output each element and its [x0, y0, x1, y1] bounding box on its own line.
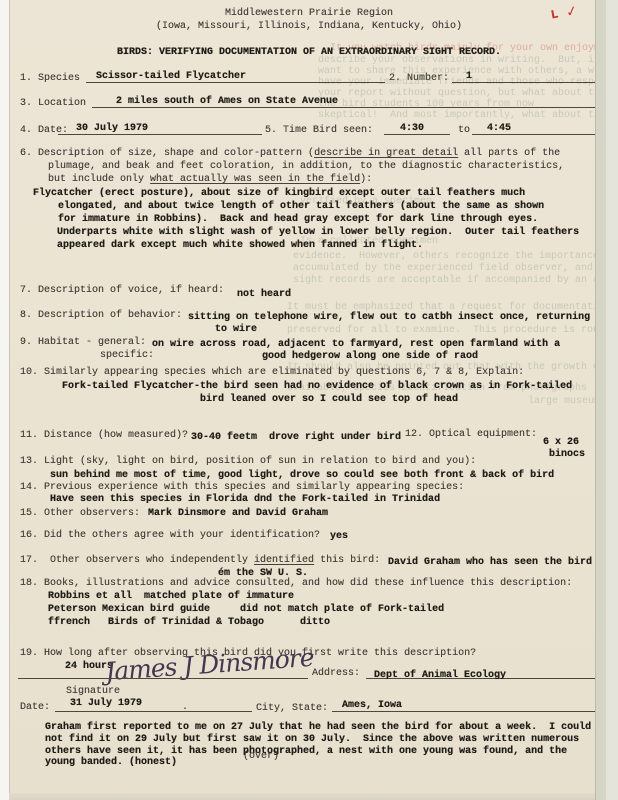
bleedthrough-text: accumulated by the experienced field obs… — [293, 263, 618, 274]
q11-distance-label: 11. Distance (how measured)? — [20, 430, 188, 441]
q4-date-value: 30 July 1979 — [76, 123, 148, 134]
q14-experience-answer: Have seen this species in Florida dnd th… — [50, 494, 440, 505]
q6-answer-line: Flycatcher (erect posture), about size o… — [33, 188, 525, 199]
bleedthrough-text: sight records are acceptable if accompan… — [293, 275, 618, 286]
q6-line3-underlined: what actually was seen in the field — [150, 174, 360, 185]
signature-underline — [18, 678, 308, 679]
q7-voice-answer: not heard — [237, 289, 291, 300]
q2-number-value: 1 — [466, 71, 472, 82]
q17-label-post: this bird: — [314, 555, 380, 566]
q6-answer-line: elongated, and about twice length of oth… — [58, 201, 544, 212]
q16-agree-answer: yes — [330, 531, 348, 542]
q6-label-line1: 6. Description of size, shape and color-… — [20, 148, 560, 159]
q8-behavior-answer2: to wire — [215, 324, 257, 335]
q6-answer-line: appeared dark except much white showed w… — [57, 240, 423, 251]
scan-bottom-edge — [9, 793, 595, 800]
q5-time-to: 4:45 — [487, 123, 511, 134]
q10-answer1: Fork-tailed Flycatcher-the bird seen had… — [62, 381, 572, 392]
q9-habitat-general-label: 9. Habitat - general: — [20, 337, 146, 348]
q1-species-label: 1. Species — [20, 73, 80, 84]
notes-line: not find it on 29 July but first saw it … — [45, 734, 579, 745]
q16-agree-label: 16. Did the others agree with your ident… — [20, 530, 320, 541]
dateline-date-value: 31 July 1979 — [70, 698, 142, 709]
q6-line1-post: all parts of the — [458, 148, 560, 159]
signature-label: Signature — [66, 686, 120, 697]
red-check-mark: ✓ — [564, 3, 579, 21]
q9-habitat-specific-label: specific: — [100, 350, 154, 361]
species-underline — [86, 82, 385, 83]
time-from-underline — [384, 134, 450, 135]
q17-label-pre: 17. Other observers who independently — [20, 555, 254, 566]
q8-behavior-answer1: sitting on telephone wire, flew out to c… — [188, 312, 590, 323]
dateline-date-label: Date: — [20, 702, 50, 713]
q1-species-value: Scissor-tailed Flycatcher — [96, 71, 246, 82]
q12-optical-answer1: 6 x 26 — [543, 437, 579, 448]
q6-line1-underlined: describe in great detail — [314, 148, 458, 159]
dateline-city-label: City, State: — [256, 703, 328, 714]
bleedthrough-text: preserved for all to examine. This proce… — [287, 325, 618, 336]
q9-habitat-specific-answer: good hedgerow along one side of raod — [262, 351, 478, 362]
over-note: (over) — [243, 751, 279, 762]
q15-observers-answer: Mark Dinsmore and David Graham — [148, 508, 328, 519]
bleedthrough-text: evidence. However, others recognize the … — [293, 251, 618, 262]
dateline-city-underline — [332, 711, 597, 712]
q3-location-value: 2 miles south of Ames on State Avenue — [116, 96, 338, 107]
bleedthrough-text: skeptical! And most importantly, what ab… — [318, 110, 618, 121]
address-label: Address: — [312, 668, 360, 679]
q17-label-underlined: identified — [254, 555, 314, 566]
location-underline — [92, 107, 597, 108]
q10-answer2: bird leaned over so I could see top of h… — [200, 394, 458, 405]
q11-distance-answer: 30-40 feetm drove right under bird — [191, 432, 401, 443]
notes-line: others have seen it, it has been photogr… — [45, 746, 567, 757]
scanned-form-page: It you watch birds mainly for your own e… — [0, 0, 618, 800]
dateline-dot: . — [182, 702, 188, 713]
scan-right-edge — [606, 0, 618, 800]
q6-line3-post: ): — [360, 174, 372, 185]
q12-optical-answer2: binocs — [549, 449, 585, 460]
q6-label-line2: plumage, and beak and feet coloration, i… — [48, 161, 564, 172]
q5-to-word: to — [458, 125, 470, 136]
q7-voice-label: 7. Description of voice, if heard: — [20, 285, 224, 296]
scan-left-edge — [0, 0, 10, 800]
dateline-date-underline — [55, 711, 252, 712]
q6-label-line3: but include only what actually was seen … — [48, 174, 372, 185]
q10-similar-species-label: 10. Similarly appearing species which ar… — [20, 367, 524, 378]
dateline-city-value: Ames, Iowa — [342, 700, 402, 711]
q3-location-label: 3. Location — [20, 98, 86, 109]
q17-answer1: David Graham who has seen the bird — [388, 557, 592, 568]
q18-row: Peterson Mexican bird guide did not matc… — [48, 604, 444, 615]
q6-line3-pre: but include only — [48, 174, 150, 185]
q13-light-label: 13. Light (sky, light on bird, position … — [20, 456, 476, 467]
bleedthrough-text: your report without question, but what a… — [318, 88, 618, 99]
q2-number-label: 2. Number: — [389, 73, 449, 84]
header-region: Middlewestern Prairie Region — [0, 8, 618, 19]
form-title: BIRDS: VERIFYING DOCUMENTATION OF AN EXT… — [0, 47, 618, 58]
bleedthrough-text: the bird students 100 years from now — [318, 99, 534, 110]
header-states: (Iowa, Missouri, Illinois, Indiana, Kent… — [0, 21, 618, 32]
q5-time-label: 5. Time Bird seen: — [265, 125, 373, 136]
q6-answer-line: Underparts white with slight wash of yel… — [57, 227, 579, 238]
q12-optical-label: 12. Optical equipment: — [405, 429, 537, 440]
time-to-underline — [472, 134, 597, 135]
q9-habitat-general-answer: on wire across road, adjacent to farmyar… — [152, 339, 560, 350]
q8-behavior-label: 8. Description of behavior: — [20, 310, 182, 321]
number-underline — [452, 82, 597, 83]
notes-line: young banded. (honest) — [45, 757, 177, 768]
q14-experience-label: 14. Previous experience with this specie… — [20, 482, 464, 493]
notes-line: Graham first reported to me on 27 July t… — [45, 722, 591, 733]
q18-books-label: 18. Books, illustrations and advice cons… — [20, 578, 572, 589]
date-underline — [58, 134, 262, 135]
q18-row: Robbins et all matched plate of immature — [48, 591, 294, 602]
q6-answer-line: for immature in Robbins). Back and head … — [58, 214, 538, 225]
q6-line1-pre: 6. Description of size, shape and color-… — [20, 148, 314, 159]
q18-row: ffrench Birds of Trinidad & Tobago ditto — [48, 617, 330, 628]
q17-independent-label: 17. Other observers who independently id… — [20, 555, 380, 566]
q15-observers-label: 15. Other observers: — [20, 508, 140, 519]
address-value: Dept of Animal Ecology — [374, 670, 506, 681]
q13-light-answer: sun behind me most of time, good light, … — [50, 470, 554, 481]
q5-time-from: 4:30 — [400, 123, 424, 134]
